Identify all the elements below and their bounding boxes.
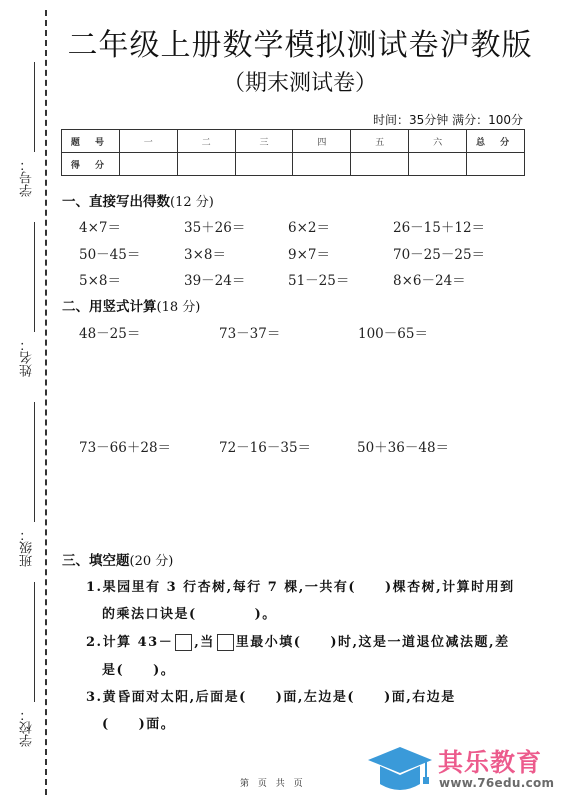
score-input-cell[interactable] bbox=[409, 153, 467, 176]
score-cell: 五 bbox=[351, 130, 409, 153]
question-number: 2. bbox=[86, 635, 103, 650]
problem: 6×2＝ bbox=[288, 216, 330, 236]
question-1-continued: 的乘法口诀是( )。 bbox=[102, 603, 277, 622]
section-title-text: 二、用竖式计算 bbox=[62, 299, 157, 315]
score-input-cell[interactable] bbox=[119, 153, 177, 176]
score-input-cell[interactable] bbox=[467, 153, 525, 176]
binding-cut-line bbox=[45, 10, 47, 795]
student-id-field: 学号： bbox=[8, 40, 44, 190]
time-and-score-info: 时间：35分钟 满分：100分 bbox=[373, 111, 523, 128]
section-3-title: 三、填空题(20 分) bbox=[62, 549, 173, 569]
question-1: 1.果园里有 3 行杏树,每行 7 棵,一共有( )棵杏树,计算时用到 bbox=[86, 576, 515, 595]
problem: 48－25＝ bbox=[79, 322, 140, 342]
question-text: 计算 43－ bbox=[103, 635, 174, 650]
section-2-title: 二、用竖式计算(18 分) bbox=[62, 295, 200, 315]
school-label: 学校： bbox=[18, 708, 37, 747]
problem: 51－25＝ bbox=[288, 269, 349, 289]
score-table-score-row: 得 分 bbox=[62, 153, 525, 176]
brand-name: 其乐教育 bbox=[438, 743, 542, 779]
question-number: 1. bbox=[86, 580, 103, 595]
problem: 100－65＝ bbox=[358, 322, 428, 342]
section-1-title: 一、直接写出得数(12 分) bbox=[62, 190, 214, 210]
problem: 73－66＋28＝ bbox=[79, 436, 171, 456]
score-cell: 一 bbox=[119, 130, 177, 153]
student-id-label: 学号： bbox=[18, 158, 37, 197]
section-title-text: 一、直接写出得数 bbox=[62, 194, 170, 210]
question-text: ,当 bbox=[194, 635, 215, 650]
student-name-field: 姓名： bbox=[8, 220, 44, 370]
watermark-logo: 其乐教育 www.76edu.com bbox=[366, 744, 561, 794]
page-number: 第 页 共 页 bbox=[240, 776, 306, 789]
class-blank[interactable] bbox=[34, 402, 35, 522]
graduation-cap-icon bbox=[366, 744, 436, 794]
school-field: 学校： bbox=[8, 580, 44, 740]
problem: 72－16－35＝ bbox=[219, 436, 311, 456]
score-cell: 得 分 bbox=[62, 153, 120, 176]
class-label: 班级： bbox=[18, 528, 37, 567]
score-table: 题 号 一 二 三 四 五 六 总 分 得 分 bbox=[61, 129, 525, 176]
score-input-cell[interactable] bbox=[235, 153, 293, 176]
section-title-text: 三、填空题 bbox=[62, 553, 130, 569]
problem: 5×8＝ bbox=[79, 269, 121, 289]
score-input-cell[interactable] bbox=[293, 153, 351, 176]
section-points: (20 分) bbox=[130, 554, 174, 569]
page-title: 二年级上册数学模拟测试卷沪教版 bbox=[60, 20, 540, 64]
score-cell: 六 bbox=[409, 130, 467, 153]
score-cell: 四 bbox=[293, 130, 351, 153]
question-3: 3.黄昏面对太阳,后面是( )面,左边是( )面,右边是 bbox=[86, 686, 456, 705]
page-subtitle: （期末测试卷） bbox=[60, 66, 540, 97]
question-text: 果园里有 3 行杏树,每行 7 棵,一共有( )棵杏树,计算时用到 bbox=[103, 580, 515, 595]
problem: 3×8＝ bbox=[184, 243, 226, 263]
score-cell: 二 bbox=[177, 130, 235, 153]
score-cell: 总 分 bbox=[467, 130, 525, 153]
answer-box[interactable] bbox=[175, 634, 192, 651]
problem: 50－45＝ bbox=[79, 243, 140, 263]
score-cell: 三 bbox=[235, 130, 293, 153]
student-name-blank[interactable] bbox=[34, 222, 35, 332]
problem: 26－15＋12＝ bbox=[393, 216, 485, 236]
problem: 73－37＝ bbox=[219, 322, 280, 342]
section-points: (18 分) bbox=[157, 300, 201, 315]
student-id-blank[interactable] bbox=[34, 62, 35, 152]
problem: 8×6－24＝ bbox=[393, 269, 466, 289]
class-field: 班级： bbox=[8, 400, 44, 560]
score-cell: 题 号 bbox=[62, 130, 120, 153]
problem: 70－25－25＝ bbox=[393, 243, 485, 263]
question-2: 2.计算 43－,当里最小填( )时,这是一道退位减法题,差 bbox=[86, 631, 510, 651]
problem: 9×7＝ bbox=[288, 243, 330, 263]
question-text: 黄昏面对太阳,后面是( )面,左边是( )面,右边是 bbox=[103, 690, 456, 705]
student-name-label: 姓名： bbox=[18, 338, 37, 377]
question-text: 里最小填( )时,这是一道退位减法题,差 bbox=[236, 635, 510, 650]
question-number: 3. bbox=[86, 690, 103, 705]
problem: 50＋36－48＝ bbox=[357, 436, 449, 456]
problem: 39－24＝ bbox=[184, 269, 245, 289]
question-2-continued: 是( )。 bbox=[102, 659, 175, 678]
school-blank[interactable] bbox=[34, 582, 35, 702]
problem: 4×7＝ bbox=[79, 216, 121, 236]
brand-url: www.76edu.com bbox=[439, 776, 554, 790]
problem: 35＋26＝ bbox=[184, 216, 245, 236]
answer-box[interactable] bbox=[217, 634, 234, 651]
section-points: (12 分) bbox=[170, 195, 214, 210]
score-input-cell[interactable] bbox=[351, 153, 409, 176]
score-table-header-row: 题 号 一 二 三 四 五 六 总 分 bbox=[62, 130, 525, 153]
question-3-continued: ( )面。 bbox=[102, 713, 175, 732]
score-input-cell[interactable] bbox=[177, 153, 235, 176]
